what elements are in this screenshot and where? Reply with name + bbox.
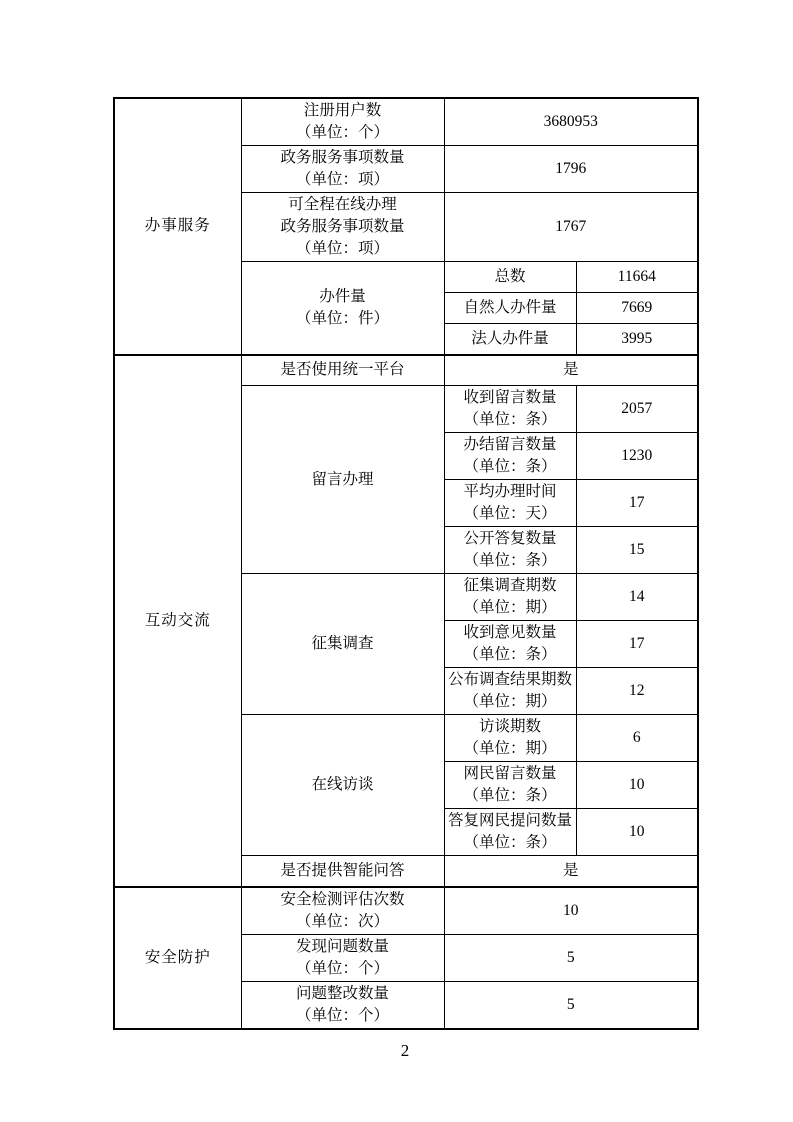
metric-value: 5 [444, 981, 698, 1029]
submetric-unit: （单位：期） [448, 597, 573, 619]
page-number: 2 [113, 1041, 697, 1061]
metric-unit: （单位：项） [245, 169, 441, 191]
submetric-value: 11664 [576, 262, 698, 293]
metric-label: 是否使用统一平台 [241, 355, 444, 386]
submetric-unit: （单位：条） [448, 409, 573, 431]
submetric-unit: （单位：条） [448, 785, 573, 807]
metric-label: 是否提供智能问答 [241, 856, 444, 887]
submetric-label-cell: 办结留言数量 （单位：条） [444, 433, 576, 480]
metric-label-cell: 问题整改数量 （单位：个） [241, 981, 444, 1029]
submetric-label: 自然人办件量 [444, 293, 576, 324]
submetric-value: 7669 [576, 293, 698, 324]
submetric-unit: （单位：条） [448, 550, 573, 572]
submetric-label: 总数 [444, 262, 576, 293]
submetric-value: 3995 [576, 324, 698, 355]
metric-label: 发现问题数量 [245, 936, 441, 958]
category-interaction: 互动交流 [114, 355, 241, 887]
submetric-label: 征集调查期数 [448, 575, 573, 597]
submetric-label: 收到意见数量 [448, 622, 573, 644]
submetric-label: 答复网民提问数量 [448, 810, 573, 832]
submetric-unit: （单位：条） [448, 832, 573, 854]
metric-value: 1767 [444, 193, 698, 262]
metric-value: 1796 [444, 146, 698, 193]
submetric-label-cell: 访谈期数 （单位：期） [444, 715, 576, 762]
metric-unit: （单位：件） [245, 308, 441, 330]
metric-label-cell: 注册用户数 （单位：个） [241, 98, 444, 146]
submetric-unit: （单位：条） [448, 456, 573, 478]
report-table: 办事服务 注册用户数 （单位：个） 3680953 政务服务事项数量 （单位：项… [113, 97, 699, 1030]
metric-label: 办件量 [245, 286, 441, 308]
submetric-label-cell: 平均办理时间 （单位：天） [444, 480, 576, 527]
metric-label-cell: 政务服务事项数量 （单位：项） [241, 146, 444, 193]
submetric-value: 17 [576, 621, 698, 668]
submetric-label: 公布调查结果期数 [448, 669, 573, 691]
submetric-value: 15 [576, 527, 698, 574]
submetric-label: 平均办理时间 [448, 481, 573, 503]
category-service: 办事服务 [114, 98, 241, 355]
submetric-value: 2057 [576, 386, 698, 433]
submetric-label: 公开答复数量 [448, 528, 573, 550]
metric-value: 10 [444, 887, 698, 935]
submetric-label-cell: 公布调查结果期数 （单位：期） [444, 668, 576, 715]
metric-label-cell: 发现问题数量 （单位：个） [241, 934, 444, 981]
submetric-label-cell: 公开答复数量 （单位：条） [444, 527, 576, 574]
metric-unit: （单位：个） [245, 122, 441, 144]
metric-value: 5 [444, 934, 698, 981]
metric-group-label: 在线访谈 [241, 715, 444, 856]
metric-group-label: 征集调查 [241, 574, 444, 715]
submetric-label: 收到留言数量 [448, 387, 573, 409]
submetric-value: 14 [576, 574, 698, 621]
metric-label: 安全检测评估次数 [245, 889, 441, 911]
submetric-unit: （单位：期） [448, 691, 573, 713]
submetric-label: 法人办件量 [444, 324, 576, 355]
submetric-label: 网民留言数量 [448, 763, 573, 785]
metric-label: 注册用户数 [245, 100, 441, 122]
submetric-label: 办结留言数量 [448, 434, 573, 456]
submetric-label-cell: 收到意见数量 （单位：条） [444, 621, 576, 668]
submetric-value: 12 [576, 668, 698, 715]
metric-label: 可全程在线办理 [245, 194, 441, 216]
metric-label: 问题整改数量 [245, 983, 441, 1005]
submetric-label: 访谈期数 [448, 716, 573, 738]
metric-unit: （单位：项） [245, 238, 441, 260]
submetric-value: 17 [576, 480, 698, 527]
metric-label: 政务服务事项数量 [245, 147, 441, 169]
submetric-unit: （单位：条） [448, 644, 573, 666]
submetric-label-cell: 收到留言数量 （单位：条） [444, 386, 576, 433]
metric-unit: （单位：个） [245, 958, 441, 980]
metric-label-line2: 政务服务事项数量 [245, 216, 441, 238]
submetric-value: 10 [576, 809, 698, 856]
metric-label-cell: 安全检测评估次数 （单位：次） [241, 887, 444, 935]
metric-value: 是 [444, 355, 698, 386]
submetric-label-cell: 网民留言数量 （单位：条） [444, 762, 576, 809]
metric-unit: （单位：个） [245, 1005, 441, 1027]
submetric-value: 10 [576, 762, 698, 809]
category-security: 安全防护 [114, 887, 241, 1029]
metric-group-label: 留言办理 [241, 386, 444, 574]
metric-group-label-cell: 办件量 （单位：件） [241, 262, 444, 355]
submetric-unit: （单位：天） [448, 503, 573, 525]
submetric-value: 1230 [576, 433, 698, 480]
submetric-label-cell: 征集调查期数 （单位：期） [444, 574, 576, 621]
metric-value: 是 [444, 856, 698, 887]
submetric-label-cell: 答复网民提问数量 （单位：条） [444, 809, 576, 856]
submetric-unit: （单位：期） [448, 738, 573, 760]
metric-unit: （单位：次） [245, 911, 441, 933]
metric-label-cell: 可全程在线办理 政务服务事项数量 （单位：项） [241, 193, 444, 262]
metric-value: 3680953 [444, 98, 698, 146]
submetric-value: 6 [576, 715, 698, 762]
document-page: 办事服务 注册用户数 （单位：个） 3680953 政务服务事项数量 （单位：项… [0, 0, 793, 1122]
